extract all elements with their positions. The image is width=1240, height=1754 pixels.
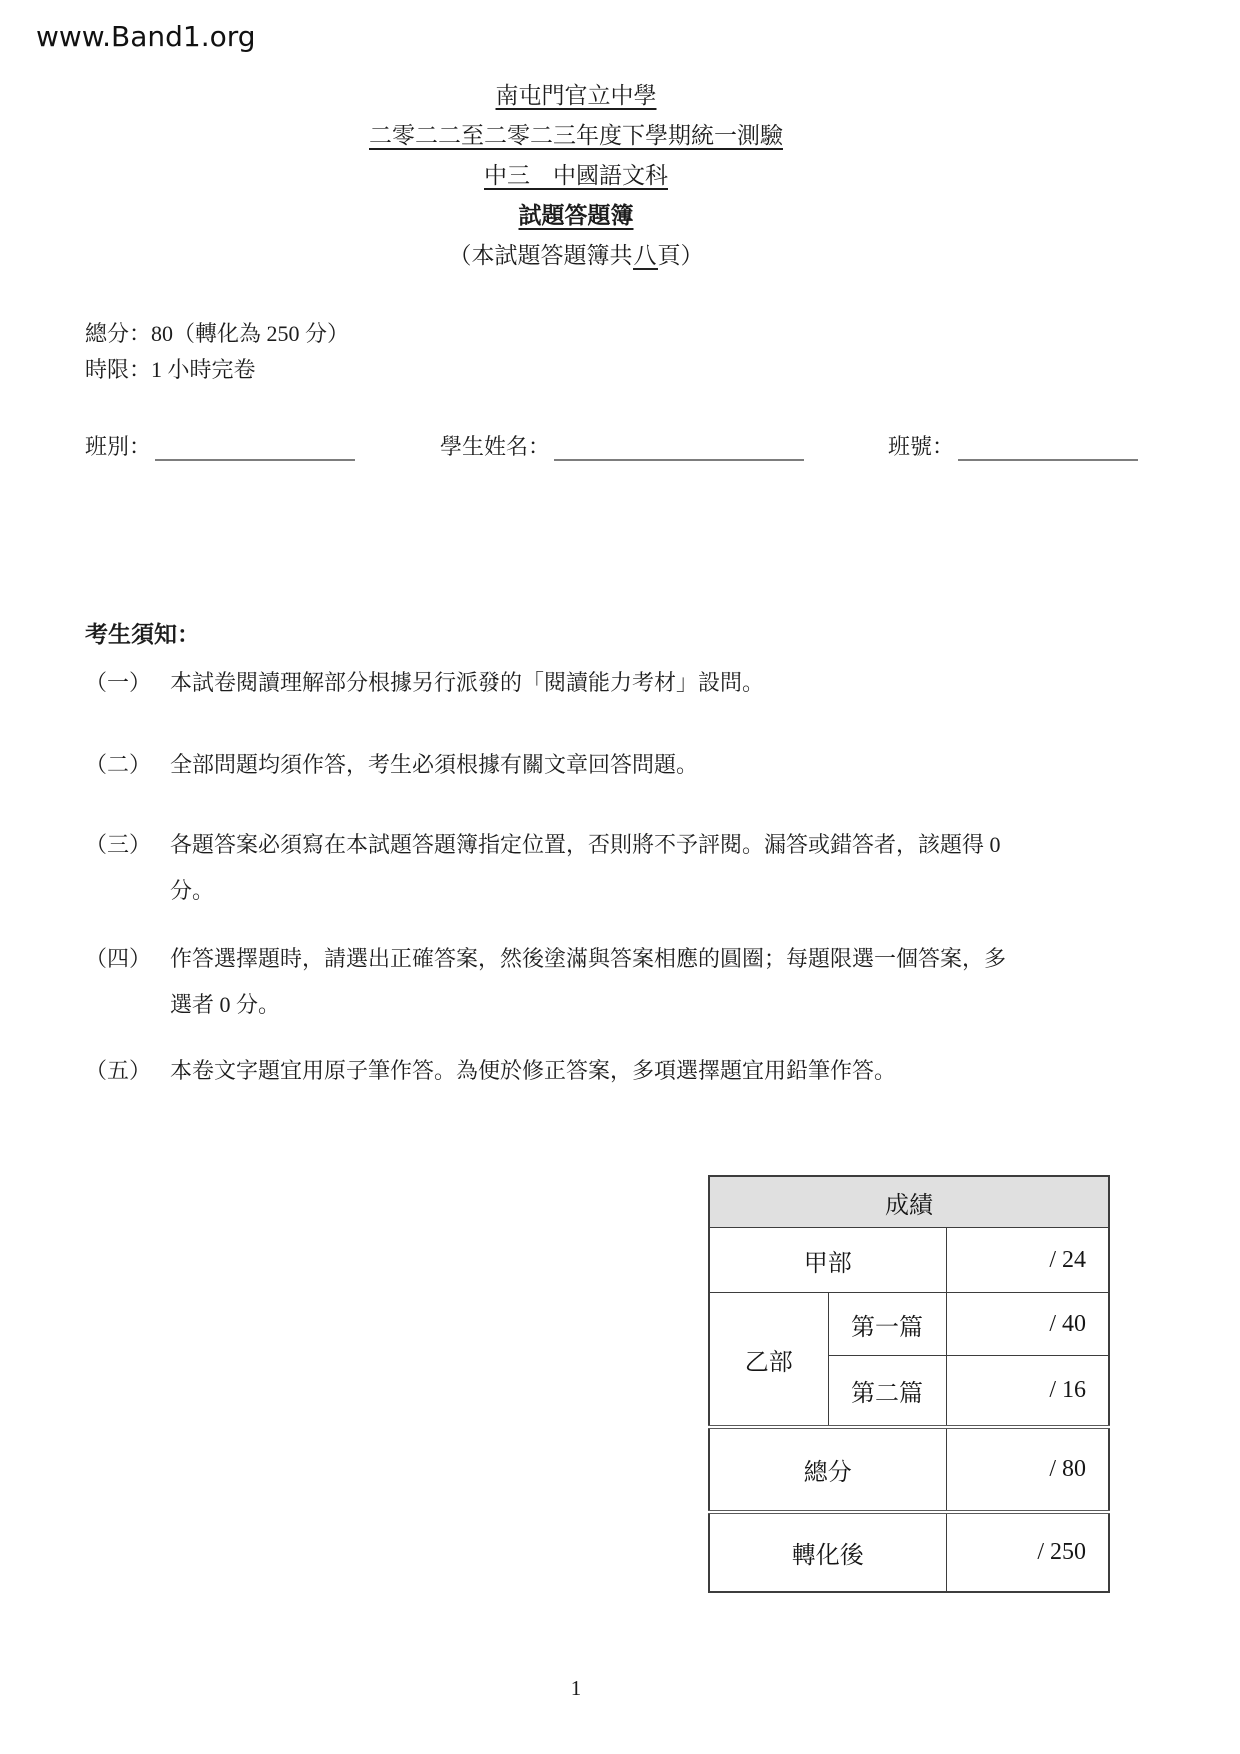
score-table-header-row: 成績 (709, 1176, 1109, 1228)
page-count-note-prefix: （本試題答題簿共 (449, 243, 633, 268)
exam-meta: 總分：80（轉化為 250 分） 時限：1 小時完卷 (85, 316, 349, 388)
student-name-field: 學生姓名： (440, 430, 804, 461)
title-block: 南屯門官立中學 二零二二至二零二三年度下學期統一測驗 中三 中國語文科 試題答題… (85, 76, 1067, 276)
page-count-underlined: 八 (633, 243, 658, 270)
class-number-field: 班號： (888, 430, 1138, 461)
class-field: 班別： (85, 430, 355, 461)
passage-2-score-cell: / 16 (946, 1356, 1109, 1428)
passage-1-row: 乙部 第一篇 / 40 (709, 1293, 1109, 1356)
class-field-blank (155, 433, 355, 461)
note-item-number: （五） (85, 1048, 170, 1094)
student-name-field-blank (554, 433, 804, 461)
watermark-text: www.Band1.org (36, 20, 256, 53)
total-label-cell: 總分 (709, 1427, 946, 1512)
total-score-cell: / 80 (946, 1427, 1109, 1512)
total-row: 總分 / 80 (709, 1427, 1109, 1512)
student-name-field-label: 學生姓名： (440, 434, 550, 459)
score-table-title-cell: 成績 (709, 1176, 1109, 1228)
note-item-text: 各題答案必須寫在本試題答題簿指定位置，否則將不予評閱。漏答或錯答者，該題得 0 … (170, 822, 1085, 914)
booklet-title: 試題答題簿 (85, 196, 1067, 236)
class-subject: 中三 中國語文科 (85, 156, 1067, 196)
notes-heading: 考生須知： (85, 616, 200, 649)
school-name: 南屯門官立中學 (85, 76, 1067, 116)
note-item-number: （三） (85, 822, 170, 868)
page-number: 1 (85, 1676, 1067, 1701)
note-item-5: （五） 本卷文字題宜用原子筆作答。為便於修正答案，多項選擇題宜用鉛筆作答。 (85, 1048, 1085, 1094)
passage-1-score-cell: / 40 (946, 1293, 1109, 1356)
note-item-1: （一） 本試卷閱讀理解部分根據另行派發的「閱讀能力考材」設問。 (85, 660, 1085, 706)
note-item-text: 作答選擇題時，請選出正確答案，然後塗滿與答案相應的圓圈；每題限選一個答案，多 選… (170, 936, 1085, 1028)
page-count-note-suffix: 頁） (658, 243, 704, 268)
converted-label-cell: 轉化後 (709, 1512, 946, 1592)
converted-score-cell: / 250 (946, 1512, 1109, 1592)
page-count-note: （本試題答題簿共八頁） (85, 236, 1067, 276)
class-field-label: 班別： (85, 434, 151, 459)
part-a-label-cell: 甲部 (709, 1228, 946, 1293)
note-item-number: （二） (85, 742, 170, 788)
passage-1-label-cell: 第一篇 (828, 1293, 946, 1356)
note-item-2: （二） 全部問題均須作答，考生必須根據有關文章回答問題。 (85, 742, 1085, 788)
class-number-field-label: 班號： (888, 434, 954, 459)
note-item-text: 本試卷閱讀理解部分根據另行派發的「閱讀能力考材」設問。 (170, 660, 1085, 706)
part-a-row: 甲部 / 24 (709, 1228, 1109, 1293)
score-table: 成績 甲部 / 24 乙部 第一篇 / 40 第二篇 / 16 總分 / 80 … (708, 1175, 1110, 1593)
note-item-text: 本卷文字題宜用原子筆作答。為便於修正答案，多項選擇題宜用鉛筆作答。 (170, 1048, 1085, 1094)
exam-title: 二零二二至二零二三年度下學期統一測驗 (85, 116, 1067, 156)
total-score-line: 總分：80（轉化為 250 分） (85, 316, 349, 352)
part-b-label-cell: 乙部 (709, 1293, 828, 1428)
note-item-text: 全部問題均須作答，考生必須根據有關文章回答問題。 (170, 742, 1085, 788)
candidate-notes-list: （一） 本試卷閱讀理解部分根據另行派發的「閱讀能力考材」設問。 （二） 全部問題… (85, 660, 1085, 1094)
passage-2-label-cell: 第二篇 (828, 1356, 946, 1428)
time-limit-line: 時限：1 小時完卷 (85, 352, 349, 388)
document-page: www.Band1.org 南屯門官立中學 二零二二至二零二三年度下學期統一測驗… (0, 0, 1240, 1754)
note-item-number: （四） (85, 936, 170, 982)
note-item-3: （三） 各題答案必須寫在本試題答題簿指定位置，否則將不予評閱。漏答或錯答者，該題… (85, 822, 1085, 914)
part-a-score-cell: / 24 (946, 1228, 1109, 1293)
converted-row: 轉化後 / 250 (709, 1512, 1109, 1592)
student-fields-row: 班別： 學生姓名： 班號： (85, 430, 1185, 470)
note-item-number: （一） (85, 660, 170, 706)
class-number-field-blank (958, 433, 1138, 461)
note-item-4: （四） 作答選擇題時，請選出正確答案，然後塗滿與答案相應的圓圈；每題限選一個答案… (85, 936, 1085, 1028)
